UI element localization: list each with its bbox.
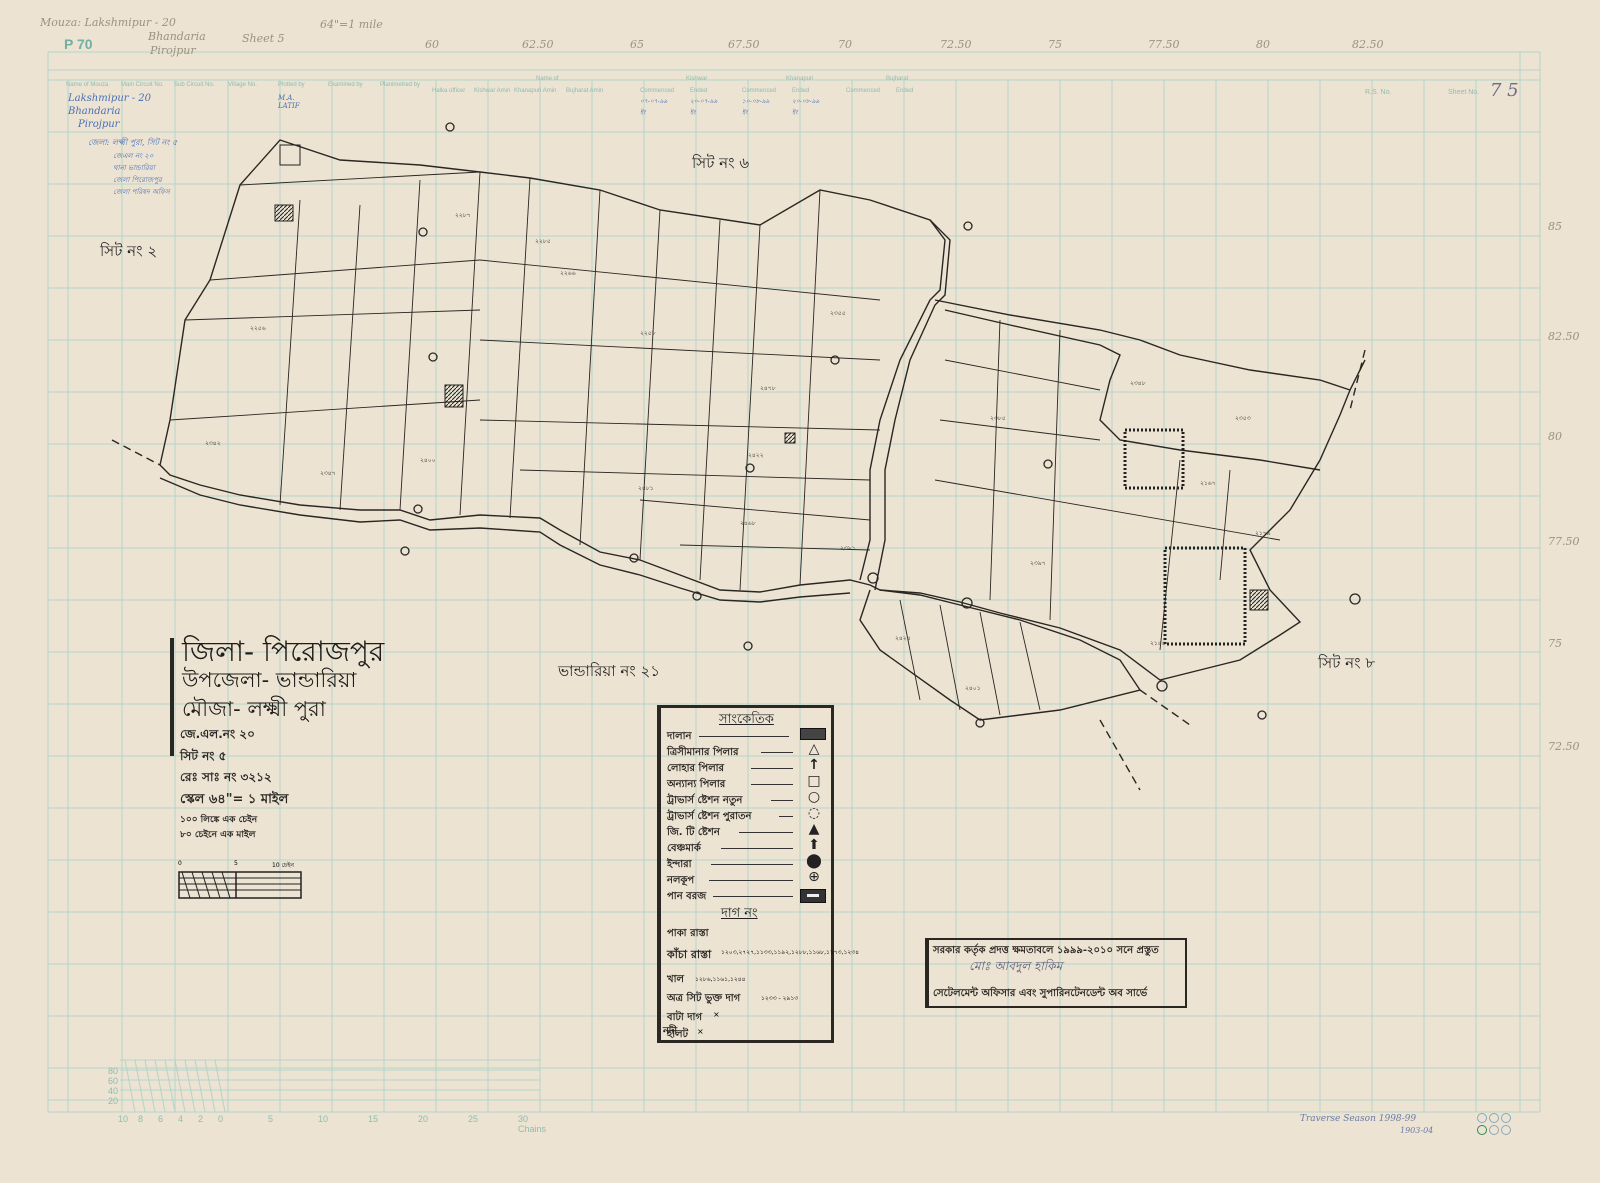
cadastral-map-sheet: ২২৮৭২২৮৫২২৬৬ ২২৫৮২৪৭৮২৪২২ ২৩৫৫২৩৮৫২৩৪৮ ২… xyxy=(0,0,1600,1183)
column-header: Name of Mouza xyxy=(66,82,108,88)
svg-text:২১৭৯: ২১৭৯ xyxy=(1255,530,1271,537)
tick-label: 25 xyxy=(468,1114,478,1124)
column-header: Planimetred by xyxy=(380,82,420,88)
blue-note: Pirojpur xyxy=(78,118,177,131)
kishwar-commenced-value: ০৭-০৭-৯৯ ইং xyxy=(640,96,667,118)
other-pillar-icon: □ xyxy=(803,773,825,789)
dag-label: পাকা রাস্তা xyxy=(667,926,709,943)
building-icon xyxy=(1250,590,1268,610)
svg-text:২১৪৪: ২১৪৪ xyxy=(1150,640,1166,647)
legend-item-label: নলকূপ xyxy=(667,873,694,890)
tick-label: 67.50 xyxy=(728,38,760,51)
dag-label: খাল xyxy=(667,972,684,989)
adjacent-mouza-label-south: ভান্ডারিয়া নং ২১ xyxy=(558,660,660,685)
iron-pillar-icon: ↑ xyxy=(803,757,825,773)
svg-text:২৪৬৮: ২৪৬৮ xyxy=(740,520,756,527)
betel-garden-icon xyxy=(800,889,826,903)
certificate-line-2: সেটেলমেন্ট অফিসার এবং সুপারিনটেনডেন্ট অব… xyxy=(933,986,1147,1003)
legend-title: সাংকেতিক xyxy=(719,710,774,731)
tick-label: 5 xyxy=(268,1114,273,1124)
column-header: Village No. xyxy=(228,82,257,88)
column-header: Name of xyxy=(536,76,559,82)
tick-label: 10 xyxy=(318,1114,328,1124)
svg-text:২২৬৬: ২২৬৬ xyxy=(560,270,576,277)
chains-note: ৮০ চেইনে এক মাইল xyxy=(180,827,255,842)
dag-value: ১২৮৬,১১৬১,১২৪৪ xyxy=(695,974,746,985)
tick-label: 6 xyxy=(158,1114,163,1124)
tick-label: 60 xyxy=(108,1076,118,1086)
dag-value: × xyxy=(713,1010,720,1019)
tick-label: 77.50 xyxy=(1148,38,1180,51)
links-note: ১০০ লিঙ্কে এক চেইন xyxy=(180,812,257,827)
tick-label: 82.50 xyxy=(1352,38,1384,51)
pencil-note: Sheet 5 xyxy=(242,32,285,45)
legend-item-label: ট্রাভার্স ষ্টেশন পুরাতন xyxy=(667,809,752,826)
adjacent-sheet-label-north: সিট নং ৬ xyxy=(692,152,749,177)
pond-icon xyxy=(1125,430,1183,488)
tick-label: 60 xyxy=(425,38,439,51)
blue-note: থানা ভান্ডারিয়া xyxy=(113,162,177,174)
plotted-by-value: M.A. LATIF xyxy=(278,94,300,110)
pond-icon xyxy=(1165,548,1245,644)
blue-note: Lakshmipur - 20 xyxy=(68,92,177,105)
adjacent-sheet-label-east: সিট নং ৮ xyxy=(1318,652,1375,677)
subcolumn-header: Ended xyxy=(792,88,809,94)
tick-label: 20 xyxy=(108,1096,118,1106)
svg-text:২৩৪২: ২৩৪২ xyxy=(205,440,221,447)
svg-text:২২৫৬: ২২৫৬ xyxy=(250,325,266,332)
svg-text:২৩৫৩: ২৩৫৩ xyxy=(1235,415,1251,422)
svg-text:২১৬৭: ২১৬৭ xyxy=(1200,480,1216,487)
officer-signature: মোঃ আবদুল হাকিম xyxy=(969,958,1062,978)
tick-label: 72.50 xyxy=(1548,740,1580,753)
building-symbol-icon xyxy=(800,728,826,740)
subcolumn-header: Ended xyxy=(690,88,707,94)
tick-label: 0 xyxy=(218,1114,223,1124)
svg-text:২৪০০: ২৪০০ xyxy=(420,457,436,464)
tick-label: 77.50 xyxy=(1548,535,1580,548)
column-header: Bujharat xyxy=(886,76,908,82)
column-header: Sub Circuit No. xyxy=(174,82,214,88)
tick-label: 15 xyxy=(368,1114,378,1124)
building-icon xyxy=(280,145,300,165)
certificate-box: সরকার কর্তৃক প্রদত্ত ক্ষমতাবলে ১৯৯৯-২০১০… xyxy=(925,938,1187,1008)
subcolumn-header: Commenced xyxy=(846,88,880,94)
traverse-season: Traverse Season 1998-99 xyxy=(1300,1114,1416,1124)
subcolumn-header: Kishwar Amin xyxy=(474,88,510,94)
scale-bar-label: 5 xyxy=(234,860,238,867)
sheet-number: সিট নং ৫ xyxy=(180,748,226,768)
tick-label: 65 xyxy=(630,38,644,51)
column-header: Kishwar xyxy=(686,76,707,82)
rs-no-label: R.S. No. xyxy=(1365,89,1391,96)
svg-text:২২৮৫: ২২৮৫ xyxy=(535,238,551,245)
pencil-note: Bhandaria xyxy=(148,30,206,43)
legend-item-label: দালান xyxy=(667,729,691,746)
plate-code: P 70 xyxy=(64,36,93,52)
legend-item-label: বেঞ্চমার্ক xyxy=(667,841,701,858)
svg-text:২৩৮৫: ২৩৮৫ xyxy=(990,415,1006,422)
traverse-season-old: 1903-04 xyxy=(1400,1126,1433,1135)
dag-label: কাঁচা রাস্তা xyxy=(667,946,711,965)
sheet-no-label: Sheet No. xyxy=(1448,89,1479,96)
subcolumn-header: Halka officer xyxy=(432,88,465,94)
tick-label: 40 xyxy=(108,1086,118,1096)
station-circles-icon xyxy=(1476,1112,1516,1136)
tri-junction-pillar-icon: △ xyxy=(803,741,825,757)
jl-number: জে.এল.নং ২০ xyxy=(180,726,255,746)
tick-label: 70 xyxy=(838,38,852,51)
svg-text:২৪৮১: ২৪৮১ xyxy=(638,485,654,492)
tubewell-icon: ⊕ xyxy=(803,869,825,885)
gt-station-icon: ▲ xyxy=(803,821,825,837)
tick-label: 20 xyxy=(418,1114,428,1124)
legend-item-label: ট্রাভার্স ষ্টেশন নতুন xyxy=(667,793,742,810)
tick-label: 80 xyxy=(1256,38,1270,51)
scale-bar-label: 0 xyxy=(178,860,182,867)
svg-text:২৪২২: ২৪২২ xyxy=(748,452,764,459)
dag-label: নদী xyxy=(663,1024,677,1041)
dag-value: ১২০৩,২৭২৭,১১৩৩,১১৯২,১২৮৮,১১৬৮,১১৭৩,১২৩৪ xyxy=(721,948,829,957)
legend-item-label: ইন্দারা xyxy=(667,857,692,874)
scale-bar-label: 10 চেইন xyxy=(272,860,294,871)
svg-text:২৩৪৮: ২৩৪৮ xyxy=(1130,380,1146,387)
khanapuri-commenced-value: ১০-০৮-৯৯ ইং xyxy=(742,96,769,118)
tick-label: 75 xyxy=(1048,38,1062,51)
pencil-note: Pirojpur xyxy=(150,44,196,57)
legend-item-label: লোহার পিলার xyxy=(667,761,724,778)
legend-item-label: অন্যান্য পিলার xyxy=(667,777,725,794)
building-icon xyxy=(275,205,293,221)
blue-note: জেলা পিরোজপুর xyxy=(113,174,177,186)
column-header: Khanapuri xyxy=(786,76,813,82)
blue-note: Bhandaria xyxy=(68,105,177,118)
tick-label: 72.50 xyxy=(940,38,972,51)
dag-label: অত্র সিট ভুক্ত দাগ xyxy=(667,991,740,1008)
building-icon xyxy=(785,433,795,443)
dag-value: × xyxy=(697,1027,704,1036)
svg-text:২৩৫৫: ২৩৫৫ xyxy=(830,310,846,317)
pencil-note: 64"=1 mile xyxy=(320,18,383,31)
adjacent-sheet-label-west: সিট নং ২ xyxy=(100,240,157,265)
tick-label: 4 xyxy=(178,1114,183,1124)
blue-note: জেএল নং ২০ xyxy=(113,150,177,162)
traverse-station-new-icon: ○ xyxy=(803,789,825,805)
title-bracket xyxy=(170,638,174,756)
legend-item-label: পান বরজ xyxy=(667,889,706,906)
column-header: Examined by xyxy=(328,82,363,88)
rs-number: রেঃ সাঃ নং ৩২১২ xyxy=(180,769,272,789)
tick-label: 82.50 xyxy=(1548,330,1580,343)
blue-note: জেলা: লক্ষ্মী পুরা, সিট নং ৫ xyxy=(88,137,177,150)
blue-handwritten-notes: Lakshmipur - 20 Bhandaria Pirojpur জেলা:… xyxy=(68,92,177,198)
svg-text:২৩৯৭: ২৩৯৭ xyxy=(1030,560,1046,567)
kishwar-ended-value: ২০-০৭-৯৯ ইং xyxy=(690,96,717,118)
column-header: Main Circuit No. xyxy=(121,82,164,88)
subcolumn-header: Commenced xyxy=(742,88,776,94)
subcolumn-header: Commenced xyxy=(640,88,674,94)
tick-label: 75 xyxy=(1548,637,1562,650)
benchmark-icon: ⬆ xyxy=(803,837,825,853)
subcolumn-header: Bujharat Amin xyxy=(566,88,603,94)
legend-box: সাংকেতিক দালান ত্রিসীমানার পিলার △ লোহার… xyxy=(657,705,834,1043)
tick-label: 80 xyxy=(108,1066,118,1076)
subcolumn-header: Ended xyxy=(896,88,913,94)
legend-item-label: ত্রিসীমানার পিলার xyxy=(667,745,738,762)
khanapuri-ended-value: ২০-০৮-৯৯ ইং xyxy=(792,96,819,118)
svg-text:২৪২৪: ২৪২৪ xyxy=(895,635,911,642)
tick-label: 8 xyxy=(138,1114,143,1124)
svg-text:২২৫৮: ২২৫৮ xyxy=(640,330,656,337)
svg-text:২৩৪৭: ২৩৪৭ xyxy=(320,470,336,477)
tick-label: 80 xyxy=(1548,430,1562,443)
sheet-no-value: 7 5 xyxy=(1490,80,1519,101)
map-scale: স্কেল ৬৪"= ১ মাইল xyxy=(180,790,288,811)
tick-label: 85 xyxy=(1548,220,1562,233)
legend-item-label: জি. টি ষ্টেশন xyxy=(667,825,720,842)
tick-label: 2 xyxy=(198,1114,203,1124)
svg-text:২৪৭৮: ২৪৭৮ xyxy=(760,385,776,392)
svg-text:২২৮৭: ২২৮৭ xyxy=(455,212,471,219)
building-icon xyxy=(445,385,463,407)
blue-note: জেলা পরিষদ অফিস xyxy=(113,186,177,198)
subcolumn-header: Khanapuri Amin xyxy=(514,88,556,94)
tick-label: 62.50 xyxy=(522,38,554,51)
well-icon: ⬤ xyxy=(803,853,825,869)
mouza-title: মৌজা- লক্ষ্মী পুরা xyxy=(182,693,326,728)
dag-value: ১২৩৩ - ২৯১৩ xyxy=(761,993,798,1004)
svg-text:২৩৯১: ২৩৯১ xyxy=(840,545,856,552)
pencil-note: Mouza: Lakshmipur - 20 xyxy=(40,16,176,29)
tick-label: 10 xyxy=(118,1114,128,1124)
traverse-station-old-icon: ◌ xyxy=(803,805,825,821)
svg-text:২৪০১: ২৪০১ xyxy=(965,685,981,692)
column-header: Plotted by xyxy=(278,82,305,88)
dag-title: দাগ নং xyxy=(721,904,758,925)
tick-label: 30 Chains xyxy=(518,1114,558,1134)
